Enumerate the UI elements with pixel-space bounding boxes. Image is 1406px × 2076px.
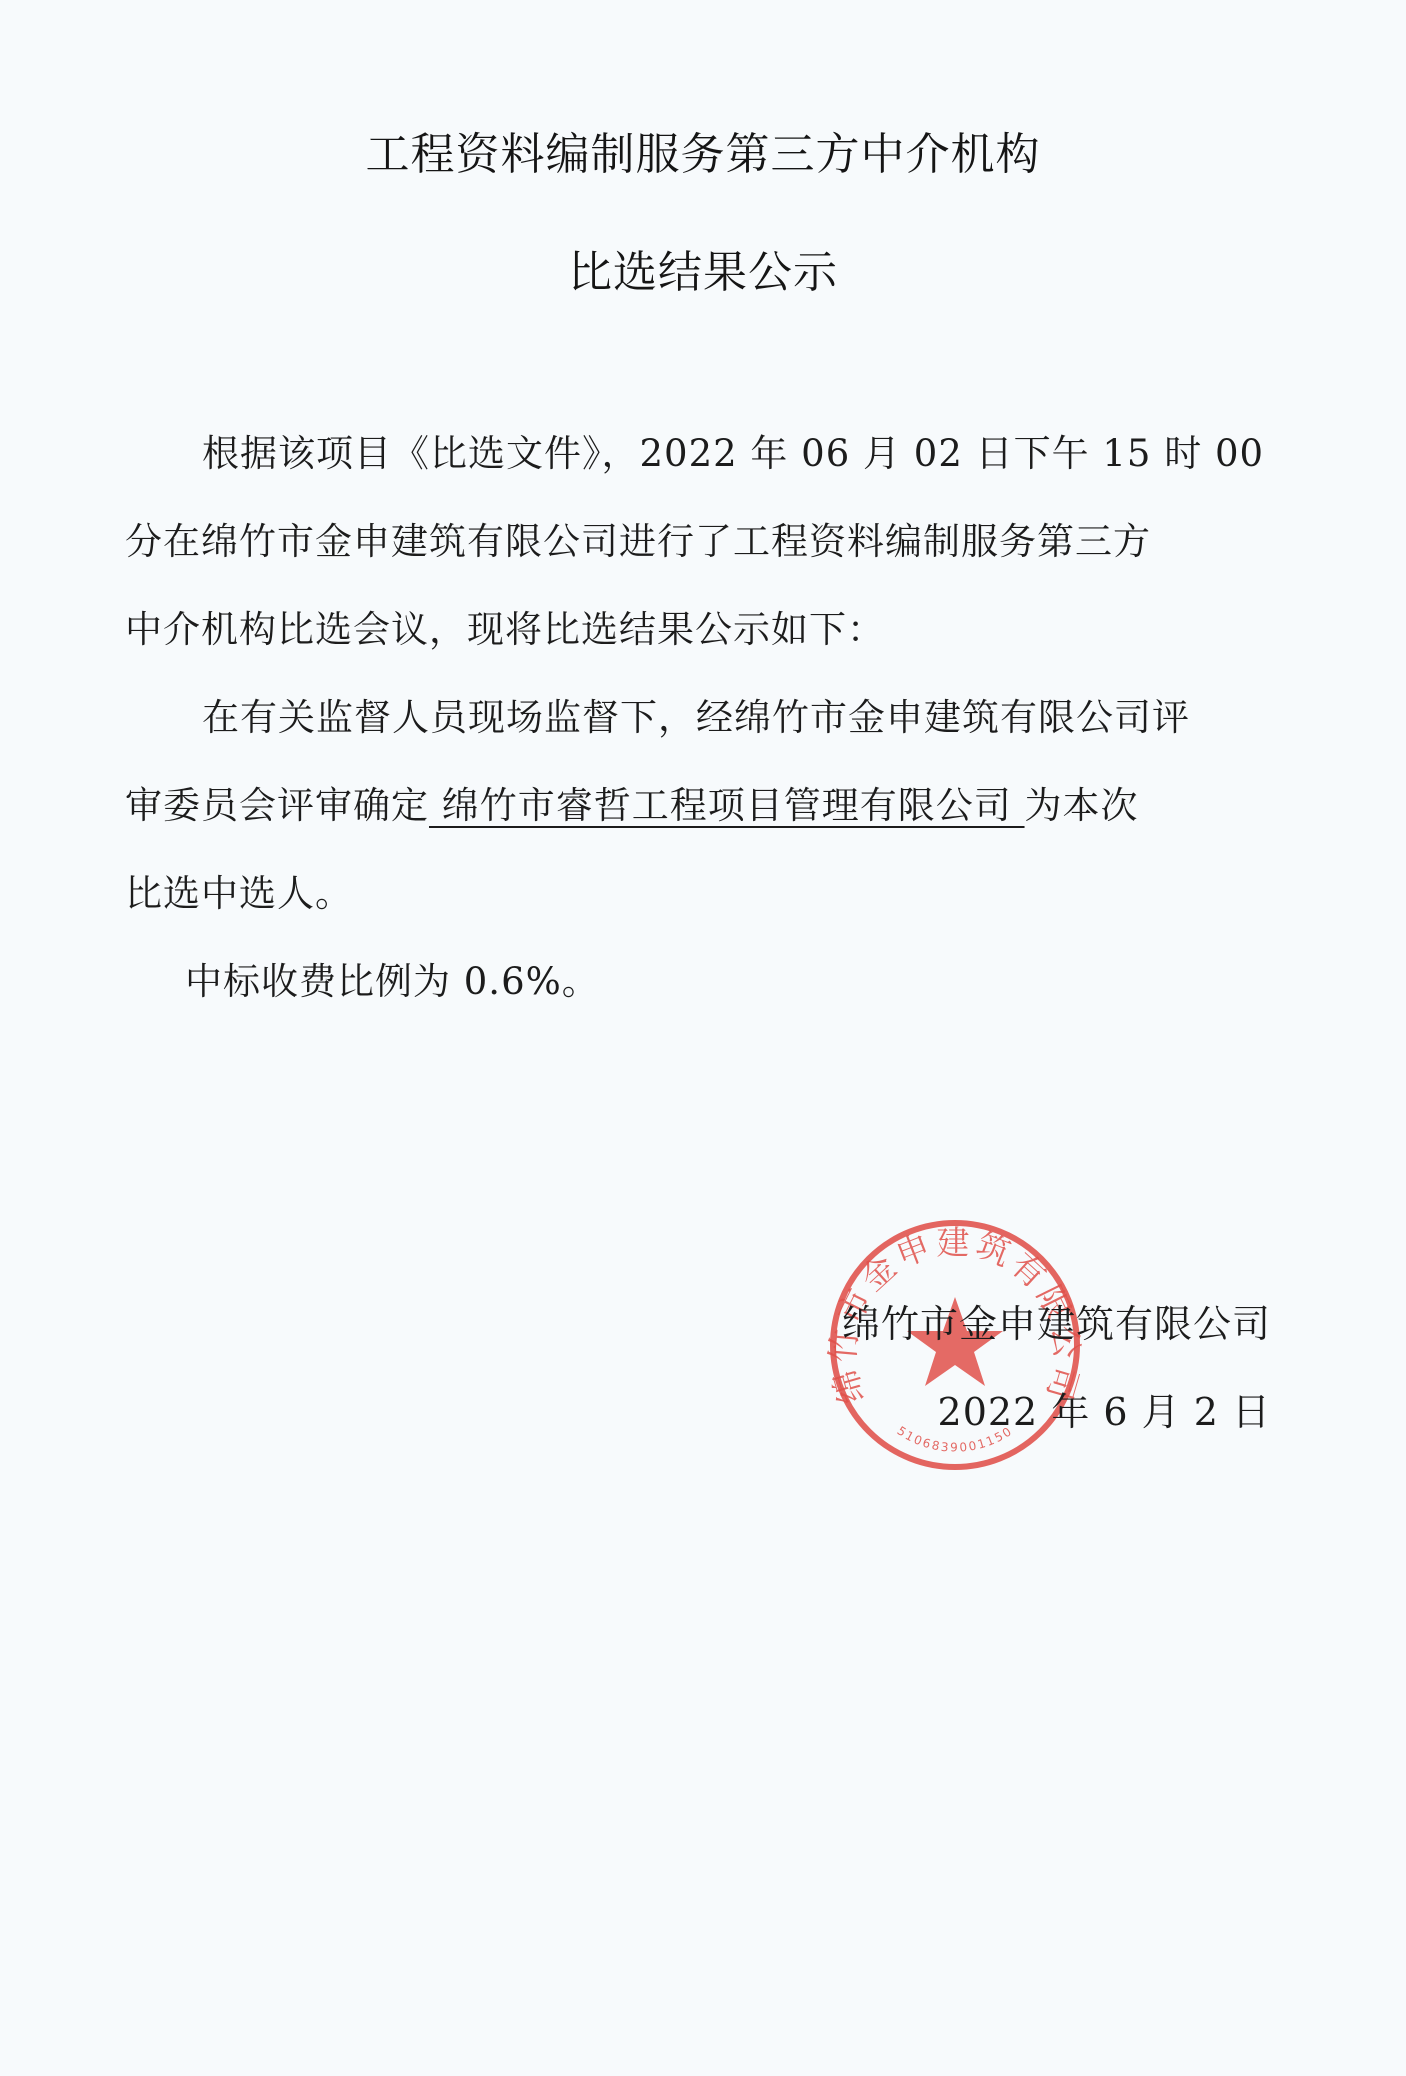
document-page: 工程资料编制服务第三方中介机构 比选结果公示 根据该项目《比选文件》，2022 …: [0, 0, 1406, 2076]
title-line-2: 比选结果公示: [0, 236, 1406, 300]
signature-date: 2022 年 6 月 2 日: [938, 1381, 1271, 1436]
paragraph-2-prefix: 审委员会评审确定: [125, 784, 429, 827]
fee-ratio-paragraph: 中标收费比例为 0.6%。: [185, 951, 600, 1005]
paragraph-2-line-1: 在有关监督人员现场监督下，经绵竹市金申建筑有限公司评: [202, 687, 1190, 741]
paragraph-1-line-2: 分在绵竹市金申建筑有限公司进行了工程资料编制服务第三方: [125, 511, 1151, 565]
selected-party: 绵竹市睿哲工程项目管理有限公司: [429, 784, 1025, 827]
paragraph-2-suffix: 为本次: [1025, 784, 1139, 827]
paragraph-1-line-3: 中介机构比选会议，现将比选结果公示如下：: [125, 599, 885, 653]
signature-organization: 绵竹市金申建筑有限公司: [842, 1293, 1271, 1348]
title-line-1: 工程资料编制服务第三方中介机构: [0, 118, 1406, 182]
paragraph-2-line-2: 审委员会评审确定 绵竹市睿哲工程项目管理有限公司 为本次: [125, 775, 1139, 829]
paragraph-1-line-1: 根据该项目《比选文件》，2022 年 06 月 02 日下午 15 时 00: [202, 423, 1264, 477]
paragraph-2-line-3: 比选中选人。: [125, 863, 353, 917]
